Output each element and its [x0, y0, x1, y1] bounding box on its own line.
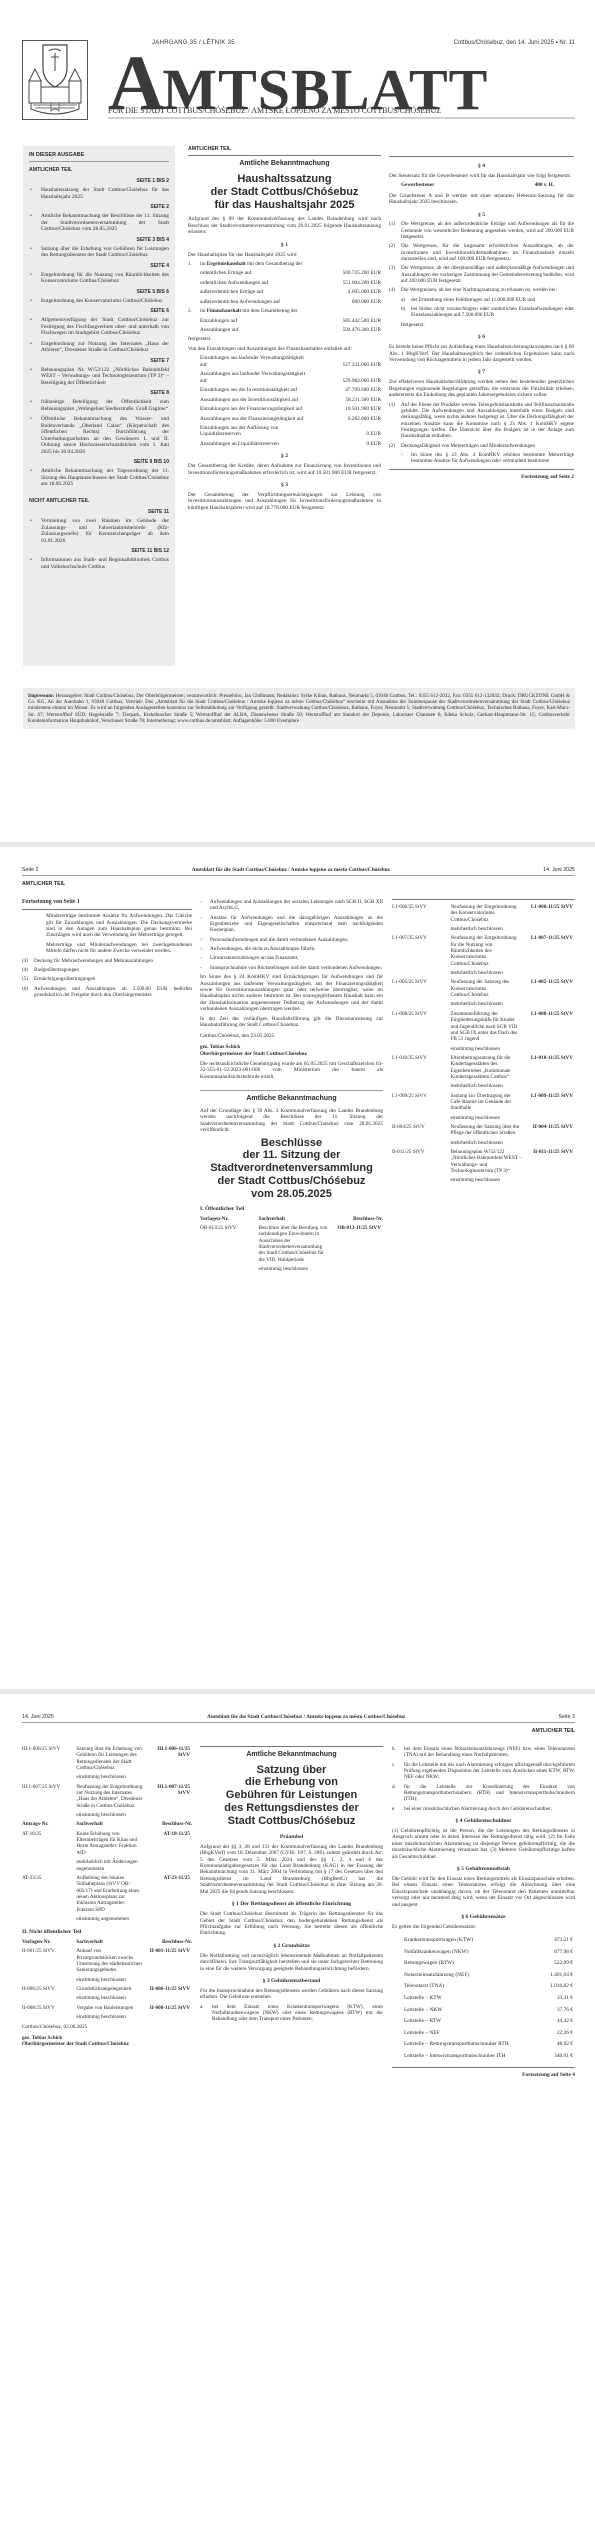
place-date: Cottbus/Chóśebuz, 02.06.2025: [22, 2024, 192, 2030]
paragraph-text: Zur effektiveren Haushaltsdurchführung w…: [389, 379, 574, 398]
fee-triggers-list: b.bei dem Einsatz eines Notarzteinsatzfa…: [392, 1746, 575, 1812]
fee-label: Leitstelle – NKW: [404, 2005, 541, 2015]
publication-name: Amtsblatt für die Stadt Cottbus/Chóśebuz…: [207, 1714, 405, 1720]
rules-list: (1)Auf der Ebene der Produkte werden Tei…: [389, 402, 574, 449]
bullet-item: -Aufwendungen, die nicht zu Auszahlungen…: [200, 946, 383, 952]
headline-line: die Erhebung von: [200, 1776, 383, 1789]
item-text: Die Wertgrenze, ab der außerordentliche …: [401, 221, 574, 240]
item-text: für die Leitstelle zur Koordinierung der…: [404, 1784, 575, 1803]
amount-row: Auszahlungen an Liquiditätsreserven0 EUR: [188, 441, 381, 447]
headline-line: für das Haushaltsjahr 2025: [188, 199, 381, 212]
toc-item[interactable]: •Vermietung von zwei Räumen im Gebäude d…: [29, 518, 169, 544]
headline-line: der Stadt Cottbus/Chóśebuz: [200, 1175, 383, 1188]
toc-page-ref: SEITE 8: [29, 390, 169, 396]
divider: [200, 1746, 383, 1747]
item-number: (2): [389, 443, 401, 449]
numbered-item: (6)Aufwendungen und Auszahlungen ab 2.50…: [22, 986, 192, 999]
subject: Ankauf von Privatgrundstücken zwecks Ums…: [76, 1948, 144, 1986]
divider: [108, 117, 575, 119]
subject: Beschluss über die Berufung von sachkund…: [259, 1225, 332, 1275]
item-text: im Finanzhaushalt mit dem Gesamtbetrag d…: [200, 308, 298, 314]
bullet-icon: •: [29, 187, 41, 200]
col-header: Sachverhalt: [76, 1939, 144, 1948]
result-budget-amounts: ordentlichen Erträge auf560.725.200 EURo…: [188, 270, 381, 305]
divider: [389, 156, 574, 157]
bullet-text: Personalaufwendungen und die damit verbu…: [210, 937, 348, 943]
table-row: I.1-007/25 StVVNeufassung der Entgeltord…: [392, 935, 575, 979]
decisions-table: I.1-006/25 StVVNeufassung der Entgeltord…: [392, 904, 575, 1187]
amount-row: Auszahlungen aus laufender Verwaltungstä…: [188, 371, 381, 384]
toc-item-text: Amtliche Bekanntmachung der Tagesordnung…: [41, 468, 169, 487]
notice-kicker: Amtliche Bekanntmachung: [200, 1095, 383, 1104]
paragraph-text: Die Gebühr wird für den Einsatz eines Re…: [392, 1876, 575, 1908]
fee-value: 340,91 €: [543, 2051, 573, 2061]
amount-label: Auszahlungen aus laufender Verwaltungstä…: [200, 371, 309, 384]
vote-status: einstimmig beschlossen: [76, 1977, 142, 1983]
amount-value: 529.982.000 EUR: [343, 378, 381, 384]
subject: Aufhebung des lokalen Teilhabeplans (StV…: [76, 1875, 144, 1925]
bullet-item: -Personalaufwendungen und die damit verb…: [200, 937, 383, 943]
amount-label: Auszahlungen aus der Finanzierungstätigk…: [200, 416, 304, 422]
fee-label: Leitstelle – Rettungstransporthubschraub…: [404, 2040, 541, 2050]
paragraph-heading: § 1: [188, 242, 381, 249]
amount-value: 551.604.200 EUR: [343, 280, 381, 286]
toc-page-ref: SEITE 11 BIS 12: [29, 548, 169, 554]
item-text: Ermächtigungsübertragungen: [34, 976, 95, 982]
paragraph-text: Der Steuersatz für die Gewerbesteuer wir…: [389, 173, 574, 179]
item-text: Deckung für Mehraufwendungen und Mehraus…: [34, 958, 153, 964]
vote-status: einstimmig beschlossen: [451, 1177, 522, 1183]
fee-value: 44,42 €: [543, 2017, 573, 2027]
bullet-icon: •: [29, 213, 41, 232]
fee-label: Notarzteinsatzfahrzeug (NEF): [404, 1970, 541, 1980]
item-number: (5): [22, 976, 34, 982]
numbered-item: (3)Die Wertgrenze, ab der überplanmäßige…: [389, 265, 574, 284]
signatory-title: Oberbürgermeister der Stadt Cottbus/Chóś…: [200, 1051, 383, 1057]
subject: Bebauungsplan W/52/122 „Nördliches Bahnu…: [451, 1149, 524, 1187]
subject: Grundstücksangelegenheiteinstimmig besch…: [76, 1986, 144, 2005]
bullet-icon: •: [29, 272, 41, 285]
col-header: Antrags-Nr.: [22, 1821, 76, 1830]
fee-row: Rettungswagen (RTW)522,09 €: [404, 1959, 573, 1969]
proposal-number: II-004/25 StVV: [392, 1124, 451, 1149]
toc-item[interactable]: •Entgeltordnung für die Nutzung von Räum…: [29, 272, 169, 285]
amount-label: außerordentlichen Aufwendungen auf: [200, 299, 280, 305]
paragraph-heading: § 6: [389, 334, 574, 341]
numbered-item: a)der Entstehung eines Fehlbetrages auf …: [401, 297, 574, 303]
amount-label: Einzahlungen aus laufender Verwaltungstä…: [200, 355, 309, 368]
item-text: Die Wertgrenze, ab der überplanmäßige un…: [401, 265, 574, 284]
subject: Neufassung der Satzung des Konservatoriu…: [451, 979, 524, 1010]
table-row: OB-013/25 StVVBeschluss über die Berufun…: [200, 1225, 383, 1275]
vote-status: einstimmig beschlossen: [451, 1046, 522, 1052]
table-row: II-011/25 StVVBebauungsplan W/52/122 „Nö…: [392, 1149, 575, 1187]
issue-date: 14. Juni 2025: [543, 867, 575, 873]
item-number: (4): [389, 287, 401, 293]
amount-label: Auszahlungen aus der Investitionstätigke…: [200, 397, 298, 403]
toc-page-ref: SEITE 7: [29, 358, 169, 364]
threshold-list: (1)Die Wertgrenze, ab der außerordentlic…: [389, 221, 574, 293]
paragraph-heading: § 4 Gebührenschuldner: [392, 1818, 575, 1825]
toc-page-ref: SEITE 4: [29, 263, 169, 269]
vote-status: mehrheitlich beschlossen: [451, 1001, 522, 1007]
bullet-icon: •: [29, 367, 41, 386]
amount-label: Auszahlungen auf: [200, 327, 238, 333]
amount-row: Einzahlungen aus der Investitionstätigke…: [188, 387, 381, 393]
toc-item-text: Vermietung von zwei Räumen im Gebäude de…: [41, 518, 169, 544]
text: festgesetzt.: [188, 336, 381, 342]
vote-status: einstimmig angenommen: [76, 1916, 142, 1922]
amount-value: 58.211.500 EUR: [345, 397, 381, 403]
tax-value: 400 v. H.: [535, 182, 554, 188]
fee-label: Leitstelle – KTW: [404, 1993, 541, 2003]
toc-item-text: Informationen aus Stadt- und Regionalbib…: [41, 557, 169, 570]
toc-item[interactable]: •Öffentliche Bekanntmachung des Wasser- …: [29, 416, 169, 455]
subject: Keine Erhöhung von Elternbeiträgen für K…: [76, 1831, 144, 1875]
subject: Elternbeitragssatzung für die Kindertage…: [451, 1055, 524, 1093]
headline-line: Haushaltssatzung: [188, 173, 381, 186]
headline-line: der Stadt Cottbus/Chóśebuz: [188, 186, 381, 199]
paragraph-text: Der Gesamtbetrag der Kredite, deren Aufn…: [188, 463, 381, 476]
paragraph-heading: § 2: [188, 453, 381, 460]
subject: Zusammenführung der Eingliederungshilfe …: [451, 1011, 524, 1055]
amount-row: ordentlichen Erträge auf560.725.200 EUR: [188, 270, 381, 276]
vote-status: einstimmig beschlossen: [451, 1115, 522, 1121]
table-row: I.1-010/25 StVVElternbeitragssatzung für…: [392, 1055, 575, 1093]
fee-label: Rettungswagen (RTW): [404, 1959, 541, 1969]
running-header: 14. Juni 2025 Amtsblatt für die Stadt Co…: [22, 1714, 575, 1723]
numbered-item: b)bei bisher nicht veranschlagten oder z…: [401, 306, 574, 319]
proposal-number: AT-23/25: [22, 1875, 76, 1925]
impressum: Impressum: Herausgeber: Stadt Cottbus/Ch…: [23, 688, 575, 729]
item-number: a.: [200, 2004, 212, 2023]
amount-value: 585.442.500 EUR: [343, 318, 381, 324]
public-part-heading: I. Öffentlicher Teil: [200, 1206, 383, 1213]
item-text: für die Leitstelle mit der nach Alarmier…: [404, 1762, 575, 1781]
decision-number: III.1-007-11/25 StVV: [144, 1784, 192, 1822]
fee-value: 48,02 €: [543, 2040, 573, 2050]
paragraph-text: Der Gesamtbetrag der Verpflichtungsermäc…: [188, 492, 381, 511]
fee-row: Leitstelle – Rettungstransporthubschraub…: [404, 2040, 573, 2050]
item-number: (3): [22, 958, 34, 964]
fee-value: 37,76 €: [543, 2005, 573, 2015]
proposal-number: AT-18/25: [22, 1831, 76, 1875]
table-row: I.1-006/25 StVVNeufassung der Entgeltord…: [392, 904, 575, 935]
fee-value: 877,98 €: [543, 1947, 573, 1957]
fee-value: 33,31 €: [543, 1993, 573, 2003]
toc-item[interactable]: •Bebauungsplan Nr. W/52/122 „Nördliches …: [29, 367, 169, 386]
headline-line: Satzung über: [200, 1764, 383, 1777]
masthead: JAHRGANG 35 / LĚTNIK 35 Cottbus/Chóśebuz…: [22, 40, 575, 120]
amount-value: 0 EUR: [366, 441, 381, 447]
toc-item[interactable]: •Satzung über die Erhebung von Gebühren …: [29, 246, 169, 259]
bullet-list: -Aufwendungen und Auszahlungen der sozia…: [200, 899, 383, 971]
toc-page-ref: SEITE 2: [29, 204, 169, 210]
fee-row: Telenotarzt (TNA)1.010,82 €: [404, 1982, 573, 1992]
numbered-item: b.bei dem Einsatz eines Notarzteinsatzfa…: [392, 1746, 575, 1759]
vote-status: mehrheitlich beschlossen: [451, 1140, 522, 1146]
toc-item[interactable]: •Amtliche Bekanntmachung der Tagesordnun…: [29, 468, 169, 487]
item-text: bei bisher nicht veranschlagten oder zus…: [411, 306, 574, 319]
bullet-icon: •: [29, 317, 41, 336]
threshold-sublist: a)der Entstehung eines Fehlbetrages auf …: [389, 297, 574, 319]
toc-item[interactable]: •Allgemeinverfügung der Stadt Cottbus/Ch…: [29, 317, 169, 336]
vote-status: einstimmig beschlossen: [76, 1812, 142, 1818]
toc-item-text: Entgeltordnung des Konservatoriums Cottb…: [41, 298, 162, 304]
paragraph-heading: § 5: [389, 212, 574, 219]
toc-page-ref: SEITE 5 BIS 6: [29, 289, 169, 295]
numbered-item: (5)Ermächtigungsübertragungen: [22, 976, 192, 982]
publication-subtitle: FÜR DIE STADT COTTBUS/CHÓŚEBUZ / AMTSKE …: [108, 106, 575, 116]
toc-page-ref: SEITE 1 BIS 2: [29, 178, 169, 184]
toc-title: IN DIESER AUSGABE: [29, 152, 169, 162]
table-row: AT-23/25Aufhebung des lokalen Teilhabepl…: [22, 1875, 192, 1925]
preamble-text: Aufgrund der §§ 3, 28 und 131 der Kommun…: [200, 1844, 383, 1896]
paragraph-heading: § 3: [188, 482, 381, 489]
decision-number: OB-013-11/25 StVV: [332, 1225, 383, 1275]
item-number: c.: [392, 1762, 404, 1781]
fee-row: Notarzteinsatzfahrzeug (NEF)1.401,04 €: [404, 1970, 573, 1980]
numbered-item: a.bei dem Einsatz eines Krankentransport…: [200, 2004, 383, 2023]
toc-item[interactable]: •Haushaltssatzung der Stadt Cottbus/Chóś…: [29, 187, 169, 200]
page-1: JAHRGANG 35 / LĚTNIK 35 Cottbus/Chóśebuz…: [0, 0, 595, 842]
item-text: bei dem Einsatz eines Notarzteinsatzfahr…: [404, 1746, 575, 1759]
amount-label: ordentlichen Erträge auf: [200, 270, 251, 276]
page-number: Seite 3: [558, 1714, 575, 1720]
bullet-icon: •: [29, 468, 41, 487]
numbered-item: (4)Die Wertgrenzen, ab der eine Nachtrag…: [389, 287, 574, 293]
decision-number: I.1-010-11/25 StVV: [524, 1055, 575, 1093]
proposal-number: II-006/25 StVV: [22, 1986, 76, 2005]
toc-item-text: Entgeltordnung für die Nutzung von Räuml…: [41, 272, 169, 285]
notice-kicker: Amtliche Bekanntmachung: [200, 1751, 383, 1760]
decision-number: II-006-11/25 StVV: [144, 1986, 192, 2005]
section-heading: AMTLICHER TEIL: [188, 146, 381, 156]
toc-item[interactable]: •Entgeltordnung zur Nutzung des Internat…: [29, 341, 169, 354]
table-row: II-006/25 StVVGrundstücksangelegenheitei…: [22, 1986, 192, 2005]
proposal-number: I.1-007/25 StVV: [392, 935, 451, 979]
fee-value: 22,26 €: [543, 2028, 573, 2038]
paragraph-text: In der Zeit der vorläufigen Haushaltsfüh…: [200, 1016, 383, 1029]
toc-item-text: Öffentliche Bekanntmachung des Wasser- u…: [41, 416, 169, 455]
headline-line: des Rettungsdienstes der: [200, 1802, 383, 1815]
vote-status: mehrheitlich beschlossen: [451, 1083, 522, 1089]
table-row: III.1-006/25 StVVSatzung über die Erhebu…: [22, 1746, 192, 1784]
fee-label: Krankentransportwagen (KTW): [404, 1936, 541, 1946]
item-text: Aufwendungen und Auszahlungen ab 2.500,0…: [34, 986, 192, 999]
fee-triggers-list: a.bei dem Einsatz eines Krankentransport…: [200, 2004, 383, 2023]
decisions-table: Vorlagen-Nr.SachverhaltBeschluss-Nr. OB-…: [200, 1216, 383, 1276]
subject: Neufassung der Entgeltordnung des Konser…: [451, 904, 524, 935]
col-header: Beschluss-Nr.: [144, 1939, 192, 1948]
item-number: (4): [22, 967, 34, 973]
text: Von den Einzahlungen und Auszahlungen de…: [188, 346, 381, 352]
vote-status: einstimmig beschlossen: [259, 1266, 330, 1272]
bullet-text: Aufwendungen und Auszahlungen der sozial…: [210, 899, 383, 912]
toc-item-text: Satzung über die Erhebung von Gebühren f…: [41, 246, 169, 259]
bullet-text: Im Sinne des § 23 Abs. 4 KomHKV erhöhen …: [411, 452, 574, 465]
article-headline: Haushaltssatzung der Stadt Cottbus/Chóśe…: [188, 173, 381, 212]
table-row: II-004/25 StVVNeufassung der Satzung übe…: [392, 1124, 575, 1149]
col-header: Beschluss-Nr.: [332, 1216, 383, 1225]
table-row: I.1-008/25 StVVZusammenführung der Eingl…: [392, 1011, 575, 1055]
decisions-table: III.1-006/25 StVVSatzung über die Erhebu…: [22, 1746, 192, 1821]
amount-row: außerordentlichen Aufwendungen auf600.00…: [188, 299, 381, 305]
item-number: a): [401, 297, 411, 303]
divider: [200, 1090, 383, 1091]
issue-date: 14. Juni 2025: [22, 1714, 54, 1720]
amount-value: 6.282.800 EUR: [348, 416, 381, 422]
toc-item-text: Allgemeinverfügung der Stadt Cottbus/Chó…: [41, 317, 169, 336]
fee-row: Leitstelle – Intensivtransporthubschraub…: [404, 2051, 573, 2061]
cashflow-breakdown: Einzahlungen aus laufender Verwaltungstä…: [188, 355, 381, 447]
table-of-contents: IN DIESER AUSGABEAMTLICHER TEILSEITE 1 B…: [23, 146, 175, 666]
tax-label: Gewerbesteuer: [401, 182, 434, 188]
proposal-number: I.1-009/25 StVV: [392, 1093, 451, 1124]
fee-label: Leitstelle – RTW: [404, 2017, 541, 2027]
fee-label: Notfallkrankenwagen (NKW): [404, 1947, 541, 1957]
amount-value: 600.000 EUR: [352, 299, 381, 305]
column-1: Fortsetzung von Seite 1 Mindererträge be…: [22, 899, 192, 1002]
column-1: III.1-006/25 StVVSatzung über die Erhebu…: [22, 1746, 192, 2052]
bullet-text: Umsatzsteuerzahlungen an das Finanzamt,: [210, 955, 298, 961]
item-number: (6): [22, 986, 34, 999]
continued-from: Fortsetzung von Seite 1: [22, 899, 192, 910]
decision-number: AT-23-11/25: [144, 1875, 192, 1925]
numbered-item: 2. im Finanzhaushalt mit dem Gesamtbetra…: [188, 308, 381, 314]
item-number: b.: [392, 1746, 404, 1759]
fee-label: Leitstelle – NEF: [404, 2028, 541, 2038]
page-3: 14. Juni 2025 Amtsblatt für die Stadt Co…: [0, 1694, 595, 2536]
item-number: (1): [389, 402, 401, 440]
numbered-item: (1)Die Wertgrenze, ab der außerordentlic…: [389, 221, 574, 240]
decision-number: AT-18-11/25: [144, 1831, 192, 1875]
col-header: Beschluss-Nr.: [144, 1821, 192, 1830]
decision-number: II-001-11/25 StVV: [144, 1948, 192, 1986]
item-number: (2): [389, 243, 401, 262]
notice-kicker: Amtliche Bekanntmachung: [188, 160, 381, 169]
numbered-item: d.für die Leitstelle zur Koordinierung d…: [392, 1784, 575, 1803]
decision-number: I.1-006-11/25 StVV: [524, 904, 575, 935]
proposal-number: III.1-007/25 StVV: [22, 1784, 76, 1822]
amount-row: Auszahlungen auf594.476.300 EUR: [188, 327, 381, 333]
intro-text: Aufgrund des § 69 der Kommunalverfassung…: [188, 216, 381, 235]
fee-value: 1.010,82 €: [543, 1982, 573, 1992]
bullet-icon: •: [29, 246, 41, 259]
proposal-number: OB-013/25 StVV: [200, 1225, 259, 1275]
col-header: Vorlagen-Nr.: [200, 1216, 259, 1225]
amount-value: 560.725.200 EUR: [343, 270, 381, 276]
continued-link[interactable]: Fortsetzung auf Seite 2: [389, 469, 574, 481]
amount-value: 4.005.000 EUR: [348, 289, 381, 295]
headline-line: der 11. Sitzung der: [200, 1149, 383, 1162]
amount-row: Einzahlungen aus laufender Verwaltungstä…: [188, 355, 381, 368]
fee-value: 1.401,04 €: [543, 1970, 573, 1980]
fee-row: Leitstelle – RTW44,42 €: [404, 2017, 573, 2027]
amount-row: ordentlichen Aufwendungen auf551.604.200…: [188, 280, 381, 286]
amount-label: Einzahlungen aus der Investitionstätigke…: [200, 387, 297, 393]
toc-item[interactable]: •Amtliche Bekanntmachung der Beschlüsse …: [29, 213, 169, 232]
amount-value: 594.476.300 EUR: [343, 327, 381, 333]
amount-row: Einzahlungen aus der Auflösung von Liqui…: [188, 425, 381, 438]
vote-status: mehrheitlich mit Änderungen angenommen: [76, 1859, 142, 1872]
amount-row: außerordentlichen Erträge auf4.005.000 E…: [188, 289, 381, 295]
paragraph-heading: § 4: [389, 163, 574, 170]
numbered-item: (2)Deckungsfähigkeit von Mehrerträgen un…: [389, 443, 574, 449]
bullet-item: -Ansätze für Aufwendungen und die dazuge…: [200, 915, 383, 934]
tax-rate-row: Gewerbesteuer 400 v. H.: [389, 182, 574, 188]
bullet-icon: •: [29, 399, 41, 412]
paragraph-heading: § 6 Gebührensätze: [392, 1914, 575, 1921]
amount-label: Einzahlungen aus der Auflösung von Liqui…: [200, 425, 309, 438]
decision-number: I.1-007-11/25 StVV: [524, 935, 575, 979]
amount-label: außerordentlichen Erträge auf: [200, 289, 263, 295]
column-2: -Aufwendungen und Auszahlungen der sozia…: [200, 899, 383, 1275]
fee-row: Leitstelle – KTW33,31 €: [404, 1993, 573, 2003]
amount-value: 10.501.900 EUR: [345, 406, 381, 412]
table-row: II-001/25 StVVAnkauf von Privatgrundstüc…: [22, 1948, 192, 1986]
toc-item-text: Haushaltssatzung der Stadt Cottbus/Chóśe…: [41, 187, 169, 200]
paragraph-text: Für die Inanspruchnahme des Rettungsdien…: [200, 1988, 383, 2001]
subject: Satzung zur Übertragung der Café-Räume i…: [451, 1093, 524, 1124]
item-text: Die Wertgrenzen, ab der eine Nachtragssa…: [401, 287, 557, 293]
decision-number: II-011-11/25 StVV: [524, 1149, 575, 1187]
amount-row: Auszahlungen aus der Investitionstätigke…: [188, 397, 381, 403]
toc-page-ref: SEITE 3 BIS 4: [29, 237, 169, 243]
preamble-heading: Präambel: [200, 1834, 383, 1841]
proposal-number: II-008/25 StVV: [22, 2005, 76, 2024]
proposal-number: III.1-006/25 StVV: [22, 1746, 76, 1784]
subject: Neufassung der Entgeltordnung zur Nutzun…: [76, 1784, 144, 1822]
col-header: Sachverhalt: [259, 1216, 332, 1225]
nonpublic-decisions-table: Vorlagen-Nr.SachverhaltBeschluss-Nr. II-…: [22, 1939, 192, 2023]
amount-value: 527.231.000 EUR: [343, 362, 381, 368]
page-2: Seite 2 Amtsblatt für die Stadt Cottbus/…: [0, 847, 595, 1689]
proposal-number: I.1-005/25 StVV: [392, 979, 451, 1010]
item-number: 2.: [188, 308, 200, 314]
article-headline: Satzung überdie Erhebung vonGebühren für…: [200, 1764, 383, 1828]
numbered-item: (4)Budgetübertragungen: [22, 967, 192, 973]
paragraph-text: Mehrerträge und Minderaufwendungen bei z…: [46, 942, 192, 955]
amount-label: Auszahlungen an Liquiditätsreserven: [200, 441, 279, 447]
signatory-title: Oberbürgermeister der Stadt Cottbus/Chóś…: [22, 2041, 192, 2047]
continued-link[interactable]: Fortsetzung auf Seite 4: [392, 2067, 575, 2079]
place-date: Cottbus/Chóśebuz, den 23.05.2025: [200, 1033, 383, 1039]
paragraph-text: Die Stadt Cottbus/Chóśebuz übernimmt als…: [200, 1911, 383, 1937]
headline-line: Stadt Cottbus/Chóśebuz: [200, 1815, 383, 1828]
proposal-number: I.1-006/25 StVV: [392, 904, 451, 935]
divider: [392, 899, 575, 900]
amount-label: ordentlichen Aufwendungen auf: [200, 280, 268, 286]
toc-item[interactable]: •frühzeitige Beteiligung der Öffentlichk…: [29, 399, 169, 412]
toc-item[interactable]: •Entgeltordnung des Konservatoriums Cott…: [29, 298, 169, 304]
item-number: (3): [389, 265, 401, 284]
column-3: I.1-006/25 StVVNeufassung der Entgeltord…: [392, 899, 575, 1187]
subject: Vergabe von Bauleistungeneinstimmig besc…: [76, 2005, 144, 2024]
col-header: Sachverhalt: [76, 1821, 144, 1830]
item-text: bei einer missbräuchlichen Alarmierung d…: [404, 1806, 552, 1812]
toc-item[interactable]: •Informationen aus Stadt- und Regionalbi…: [29, 557, 169, 570]
amount-row: Einzahlungen auf585.442.500 EUR: [188, 318, 381, 324]
toc-section-label: AMTLICHER TEIL: [29, 167, 169, 173]
numbered-item: e.bei einer missbräuchlichen Alarmierung…: [392, 1806, 575, 1812]
text: festgesetzt.: [389, 322, 574, 328]
toc-page-ref: SEITE 6: [29, 308, 169, 314]
paragraph-heading: § 2 Grundsätze: [200, 1943, 383, 1950]
subject: Satzung über die Erhebung von Gebühren f…: [76, 1746, 144, 1784]
intro-text: Auf der Grundlage des § 39 Abs. 3 Kommun…: [200, 1108, 383, 1134]
table-row: I.1-005/25 StVVNeufassung der Satzung de…: [392, 979, 575, 1010]
